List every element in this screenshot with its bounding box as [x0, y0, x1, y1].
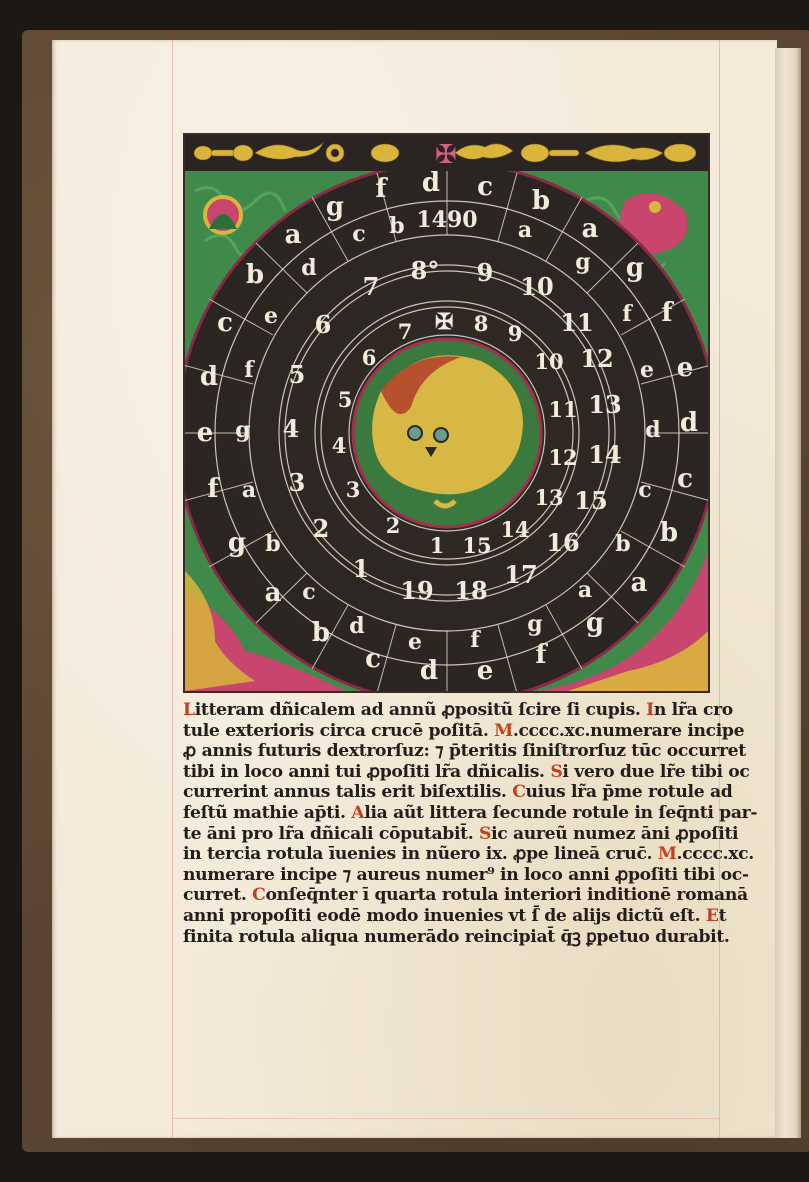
- svg-text:10: 10: [520, 272, 553, 301]
- svg-text:g: g: [586, 608, 604, 638]
- ornamental-frieze: ✠: [185, 135, 708, 173]
- svg-text:c: c: [677, 464, 693, 494]
- svg-text:f: f: [622, 301, 633, 327]
- svg-text:12: 12: [580, 344, 613, 373]
- svg-text:7: 7: [363, 272, 380, 301]
- svg-text:b: b: [265, 531, 280, 557]
- svg-text:d: d: [420, 656, 438, 686]
- svg-text:1: 1: [353, 554, 370, 583]
- svg-text:9: 9: [508, 321, 523, 346]
- svg-text:b: b: [660, 518, 678, 548]
- margin-rule-bottom: [172, 1118, 720, 1119]
- rubricated-initial: L: [183, 700, 195, 720]
- svg-text:15: 15: [462, 533, 491, 558]
- svg-text:a: a: [582, 214, 599, 244]
- svg-text:f: f: [375, 174, 388, 204]
- svg-text:d: d: [422, 171, 440, 198]
- svg-text:7: 7: [398, 319, 413, 344]
- svg-text:b: b: [532, 186, 550, 216]
- svg-text:e: e: [477, 656, 494, 686]
- text-line-12: finita rotula aliqua numerādo reincipiat…: [183, 927, 728, 948]
- svg-text:5: 5: [338, 387, 353, 412]
- svg-text:18: 18: [454, 576, 487, 605]
- svg-text:g: g: [527, 611, 542, 637]
- svg-text:e: e: [640, 357, 654, 383]
- svg-text:g: g: [235, 417, 250, 443]
- svg-text:b: b: [615, 531, 630, 557]
- cross-icon: ✠: [435, 140, 457, 170]
- svg-text:c: c: [352, 221, 365, 247]
- svg-text:6: 6: [315, 310, 332, 339]
- svg-text:g: g: [626, 253, 644, 283]
- svg-text:f: f: [661, 298, 674, 328]
- cross-icon: ✠: [435, 309, 453, 335]
- svg-text:17: 17: [504, 560, 537, 589]
- text-line-9: numerare incipe ⁊ aureus numer⁹ in loco …: [183, 865, 728, 886]
- svg-text:f: f: [244, 357, 255, 383]
- svg-text:b: b: [312, 618, 330, 648]
- svg-text:b: b: [389, 213, 404, 239]
- svg-text:10: 10: [534, 349, 563, 374]
- svg-text:d: d: [645, 417, 660, 443]
- page-fore-edge: [775, 48, 801, 1138]
- svg-text:14: 14: [500, 517, 529, 542]
- svg-text:a: a: [265, 578, 282, 608]
- svg-text:a: a: [285, 220, 302, 250]
- svg-text:4: 4: [332, 433, 347, 458]
- svg-text:12: 12: [548, 445, 577, 470]
- margin-rule-right: [719, 40, 720, 1138]
- svg-text:6: 6: [362, 345, 377, 370]
- text-line-3: ꝓ annis futuris dextrorſuz: ⁊ p̄teritis …: [183, 741, 728, 762]
- svg-text:14: 14: [588, 440, 621, 469]
- text-line-4: tibi in loco anni tui ꝓpoſiti lr̃a dñica…: [183, 762, 728, 783]
- svg-text:8°: 8°: [411, 256, 440, 285]
- svg-text:g: g: [575, 249, 590, 275]
- explanatory-text: Litteram dñicalem ad annũ ꝓpositũ ſcire …: [183, 700, 728, 947]
- svg-text:2: 2: [386, 513, 401, 538]
- svg-text:11: 11: [548, 397, 577, 422]
- perpetual-calendar-wheel: ✠ d c b a g f e d c b a g f e d c b a g …: [185, 171, 708, 691]
- svg-text:b: b: [246, 260, 264, 290]
- svg-text:f: f: [207, 474, 220, 504]
- svg-text:c: c: [302, 579, 315, 605]
- text-line-10: curret. Conſeq̄nter ī quarta rotula inte…: [183, 885, 728, 906]
- svg-text:g: g: [326, 192, 344, 222]
- svg-text:a: a: [631, 568, 648, 598]
- text-line-5: currerint annus talis erit biſextilis. C…: [183, 782, 728, 803]
- svg-text:13: 13: [588, 390, 621, 419]
- svg-text:d: d: [301, 255, 316, 281]
- svg-text:f: f: [535, 640, 548, 670]
- svg-text:e: e: [677, 353, 694, 383]
- svg-text:3: 3: [289, 468, 306, 497]
- svg-text:16: 16: [546, 528, 579, 557]
- svg-text:a: a: [578, 577, 592, 603]
- svg-text:3: 3: [346, 477, 361, 502]
- svg-text:4: 4: [283, 414, 300, 443]
- text-line-8: in tercia rotula īuenies in nũero ix. ꝓp…: [183, 844, 728, 865]
- svg-text:c: c: [365, 644, 381, 674]
- svg-text:9: 9: [477, 258, 494, 287]
- svg-text:d: d: [680, 408, 698, 438]
- text-line-7: te āni pro lr̃a dñicali cōputabit̄. Sic …: [183, 824, 728, 845]
- svg-text:1: 1: [430, 533, 445, 558]
- text-line-2: tule exterioris circa crucē poſitā. M.cc…: [183, 721, 728, 742]
- svg-text:d: d: [349, 613, 364, 639]
- svg-text:11: 11: [560, 308, 593, 337]
- svg-text:8: 8: [474, 311, 489, 336]
- svg-text:c: c: [217, 308, 233, 338]
- svg-text:g: g: [228, 528, 246, 558]
- svg-text:a: a: [242, 477, 256, 503]
- svg-text:d: d: [200, 362, 218, 392]
- svg-text:15: 15: [574, 486, 607, 515]
- text-line-6: feſtũ mathie ap̄ti. Alia aũt littera ſec…: [183, 803, 728, 824]
- svg-text:1490: 1490: [416, 207, 477, 233]
- svg-text:e: e: [197, 418, 214, 448]
- svg-text:f: f: [470, 627, 481, 653]
- text-line-1: Litteram dñicalem ad annũ ꝓpositũ ſcire …: [183, 700, 728, 721]
- text-line-11: anni propoſiti eodē modo inuenies vt ſ̄ …: [183, 906, 728, 927]
- svg-text:13: 13: [534, 485, 563, 510]
- svg-text:e: e: [408, 629, 422, 655]
- svg-text:2: 2: [313, 514, 330, 543]
- svg-text:c: c: [638, 477, 651, 503]
- svg-text:c: c: [477, 172, 493, 202]
- svg-text:5: 5: [289, 360, 306, 389]
- svg-text:19: 19: [400, 576, 433, 605]
- margin-rule-left: [172, 40, 173, 1138]
- volvelle-woodcut: ✠: [183, 133, 710, 693]
- svg-text:e: e: [264, 303, 278, 329]
- svg-text:a: a: [518, 217, 532, 243]
